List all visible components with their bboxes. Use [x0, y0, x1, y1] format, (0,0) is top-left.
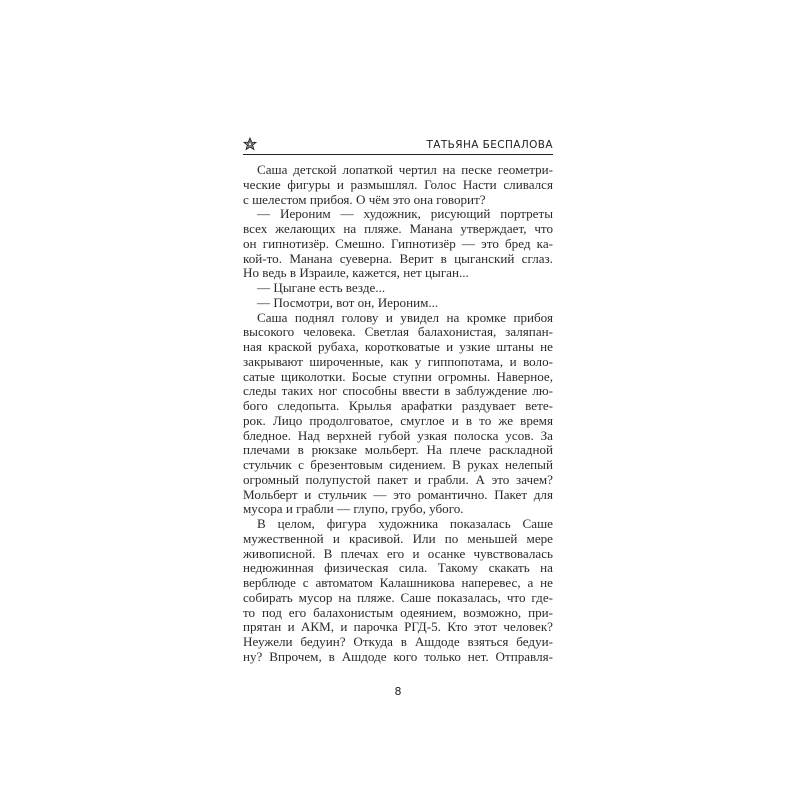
paragraph: Саша поднял голову и увидел на кромке пр…	[243, 311, 553, 518]
text-line: бого следопыта. Крылья арафатки раздувае…	[243, 399, 553, 414]
page-number: 8	[243, 685, 553, 698]
book-page: ТАТЬЯНА БЕСПАЛОВА Саша детской лопаткой …	[243, 136, 553, 665]
text-line: Саша детской лопаткой чертил на песке ге…	[243, 163, 553, 178]
text-line: Но ведь в Израиле, кажется, нет цыган...	[243, 266, 553, 281]
text-line: недюжинная физическая сила. Такому скака…	[243, 561, 553, 576]
text-line: прятан и АКМ, и парочка РГД-5. Кто этот …	[243, 620, 553, 635]
text-line: с шелестом прибоя. О чём это она говорит…	[243, 193, 553, 208]
text-line: он гипнотизёр. Смешно. Гипнотизёр — это …	[243, 237, 553, 252]
text-line: всех желающих на пляже. Манана утверждае…	[243, 222, 553, 237]
text-line: В целом, фигура художника показалась Саш…	[243, 517, 553, 532]
text-line: то под его балахонистым одеянием, возмож…	[243, 606, 553, 621]
paragraph: — Иероним — художник, рисующий портретыв…	[243, 207, 553, 281]
text-line: мужественной и красивой. Или по меньшей …	[243, 532, 553, 547]
text-line: мусора и грабли — глупо, грубо, убого.	[243, 502, 553, 517]
text-line: закрывают широченные, как у гиппопотама,…	[243, 355, 553, 370]
text-line: — Иероним — художник, рисующий портреты	[243, 207, 553, 222]
text-line: ческие фигуры и размышлял. Голос Насти с…	[243, 178, 553, 193]
text-line: бледное. Над верхней губой узкая полоска…	[243, 429, 553, 444]
text-line: Саша поднял голову и увидел на кромке пр…	[243, 311, 553, 326]
text-line: собирать мусор на пляже. Саше показалась…	[243, 591, 553, 606]
text-line: следы таких ног способны ввести в заблуж…	[243, 384, 553, 399]
text-line: ну? Впрочем, в Ашдоде кого только нет. О…	[243, 650, 553, 665]
paragraph: Саша детской лопаткой чертил на песке ге…	[243, 163, 553, 207]
text-line: ная краской рубаха, коротковатые и узкие…	[243, 340, 553, 355]
text-line: высокого человека. Светлая балахонистая,…	[243, 325, 553, 340]
paragraph: — Цыгане есть везде...	[243, 281, 553, 296]
text-line: кой-то. Манана суеверна. Верит в цыганск…	[243, 252, 553, 267]
text-line: — Цыгане есть везде...	[243, 281, 553, 296]
text-line: Мольберт и стульчик — это романтично. Па…	[243, 488, 553, 503]
paragraph: В целом, фигура художника показалась Саш…	[243, 517, 553, 665]
text-line: живописной. В плечах его и осанке чувств…	[243, 547, 553, 562]
text-line: рок. Лицо продолговатое, смуглое и в то …	[243, 414, 553, 429]
paragraph: — Посмотри, вот он, Иероним...	[243, 296, 553, 311]
text-line: — Посмотри, вот он, Иероним...	[243, 296, 553, 311]
star-outline-icon	[243, 137, 257, 151]
running-header: ТАТЬЯНА БЕСПАЛОВА	[243, 136, 553, 155]
author-name: ТАТЬЯНА БЕСПАЛОВА	[426, 139, 553, 151]
text-line: огромный полупустой пакет и грабли. А эт…	[243, 473, 553, 488]
text-line: Неужели бедуин? Откуда в Ашдоде взяться …	[243, 635, 553, 650]
text-line: сатые щиколотки. Босые ступни огромны. Н…	[243, 370, 553, 385]
text-line: стульчик с брезентовым сидением. В руках…	[243, 458, 553, 473]
text-line: плечами в рюкзаке мольберт. На плече рас…	[243, 443, 553, 458]
text-line: верблюде с автоматом Калашникова наперев…	[243, 576, 553, 591]
page-body-text: Саша детской лопаткой чертил на песке ге…	[243, 163, 553, 665]
